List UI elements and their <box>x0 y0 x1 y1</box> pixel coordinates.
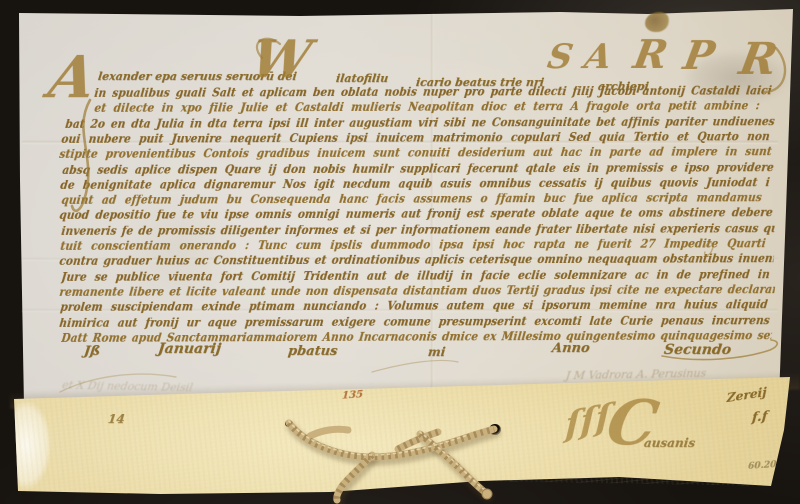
dateline-word: Secundo <box>663 342 732 358</box>
dateline-word: mi <box>427 345 446 359</box>
manuscript-line: inveneris fe de promissis diligenter inf… <box>61 223 776 237</box>
heading-monogram: W <box>247 34 315 86</box>
manuscript-line: absq sedis aplice dispen Quare ij don no… <box>62 162 775 176</box>
flourish-capital: R <box>630 35 670 75</box>
cord-hole-right <box>489 424 501 435</box>
price-mark: 60.20 <box>748 460 777 472</box>
plica-left-number: 14 <box>107 412 125 426</box>
cord-end-knob <box>482 489 492 499</box>
photo-of-manuscript: A lexander epa seruus seruorū dei W ilat… <box>0 0 800 504</box>
signature-name: ausanis <box>643 436 696 450</box>
manuscript-line: bat 2o en dta Julia in dta terra ipsi il… <box>65 116 776 130</box>
signature-paraph: ſſſ <box>565 400 611 442</box>
flourish-capital: R <box>736 38 780 82</box>
manuscript-line1-mid: ilatofiliu <box>335 72 389 85</box>
dateline-word: pbatus <box>287 344 338 359</box>
manuscript-line: himirica aut fronij ur aque premissarum … <box>59 315 771 329</box>
dateline-word: Januarij <box>157 341 222 357</box>
cord-hole-left <box>285 420 293 427</box>
fee-mark: f.f <box>751 409 768 426</box>
manuscript-line: Jure se publice viuenta fort Comitij Tri… <box>61 269 771 283</box>
shelf-number: 135 <box>342 389 364 401</box>
dateline-word: Jß <box>83 344 101 359</box>
faint-note: et X Dij nedocum Deisil <box>61 379 194 395</box>
manuscript-line: de benignitate aplica dignaremur Nos igi… <box>60 177 771 191</box>
dateline-word: Anno <box>551 341 591 356</box>
